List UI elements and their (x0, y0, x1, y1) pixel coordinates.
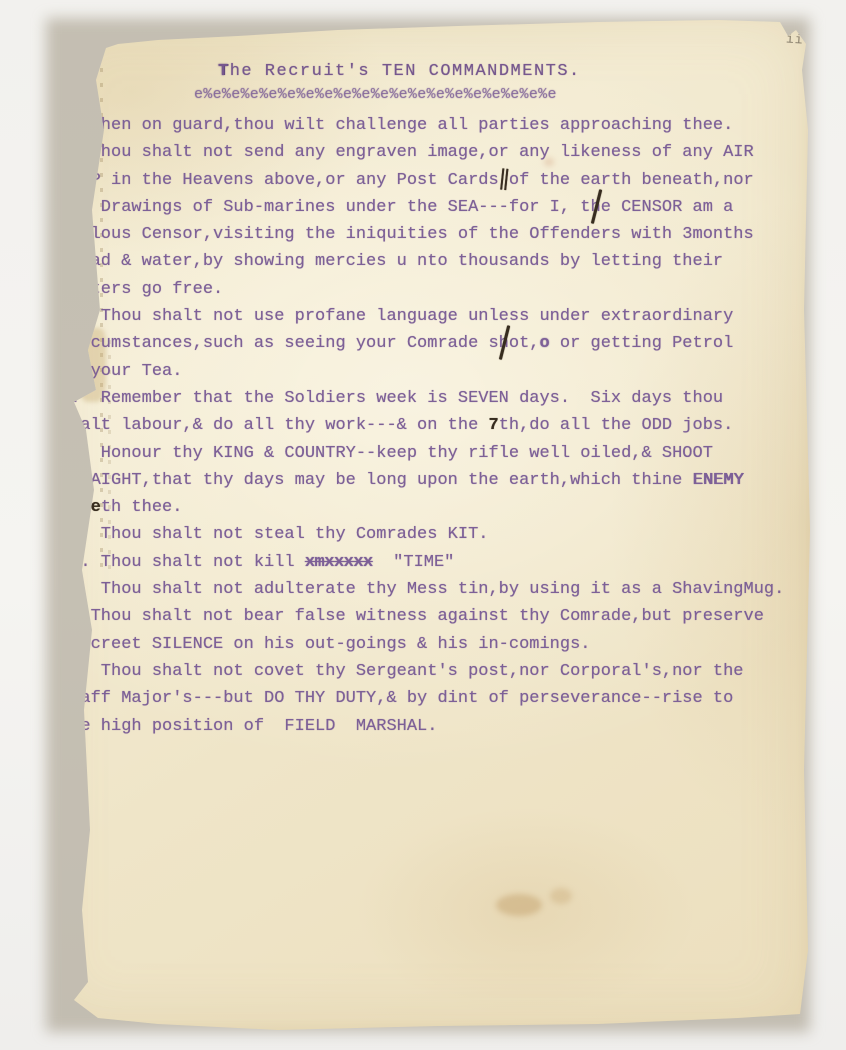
typed-line: SHIP in the Heavens above,or any Post Ca… (60, 167, 820, 194)
typed-line: bread & water,by showing mercies u nto t… (60, 248, 820, 275)
typed-segment: 3. Thou shalt not use profane language u… (60, 307, 733, 326)
paper-stain (496, 894, 542, 916)
typed-lines: 1. When on guard,thou wilt challenge all… (60, 112, 820, 740)
typed-line: 9 Thou shalt not bear false witness agai… (60, 603, 820, 630)
typed-line: 7 . Thou shalt not kill xmxxxxx "TIME" (60, 549, 820, 576)
typed-segment: SHIP in the Heavens above,or any Post Ca… (60, 171, 499, 190)
typed-segment: bread & water,by showing mercies u nto t… (60, 252, 723, 271)
typed-line: letters go free. (60, 276, 820, 303)
typed-line: any Drawings of Sub-marines under the SE… (60, 194, 820, 221)
typed-segment: discreet SILENCE on his out-goings & his… (60, 635, 591, 654)
typed-line: 4. Remember that the Soldiers week is SE… (60, 385, 820, 412)
typed-segment: 7 . Thou shalt not kill (60, 553, 305, 572)
typed-segment-pen-over: h (591, 194, 601, 221)
typed-segment: 10. Thou shalt not covet thy Sergeant's … (60, 662, 744, 681)
typed-segment: th thee. (101, 498, 183, 517)
typed-segment: 5. Honour thy KING & COUNTRY--keep thy r… (60, 444, 713, 463)
typed-line: giveth thee. (60, 494, 820, 521)
typed-line: 3. Thou shalt not use profane language u… (60, 303, 820, 330)
typed-line: 2. Thou shalt not send any engraven imag… (60, 139, 820, 166)
typed-line: Staff Major's---but DO THY DUTY,& by din… (60, 685, 820, 712)
typed-segment: the high position of FIELD MARSHAL. (60, 717, 437, 736)
typed-segment: shalt labour,& do all thy work---& on th… (60, 416, 488, 435)
document-page: ii The Recruit's TEN COMMANDMENTS. e%e%e… (38, 10, 812, 1034)
typed-segment: ot, (509, 334, 540, 353)
typed-line: 10. Thou shalt not covet thy Sergeant's … (60, 658, 820, 685)
typed-segment: or getting Petrol (550, 334, 734, 353)
typed-line: 5. Honour thy KING & COUNTRY--keep thy r… (60, 440, 820, 467)
typed-segment: Staff Major's---but DO THY DUTY,& by din… (60, 689, 733, 708)
typed-segment: 4. Remember that the Soldiers week is SE… (60, 389, 723, 408)
typed-line: discreet SILENCE on his out-goings & his… (60, 631, 820, 658)
typed-segment: e CENSOR am a (601, 198, 734, 217)
typed-segment: of the earth beneath,nor (509, 171, 754, 190)
typed-segment-smudge: o (539, 334, 549, 353)
typed-segment: 9 Thou shalt not bear false witness agai… (60, 607, 764, 626)
typed-segment-pen: 7 (488, 416, 498, 435)
typed-line: STRAIGHT,that thy days may be long upon … (60, 467, 820, 494)
typed-line: 1. When on guard,thou wilt challenge all… (60, 112, 820, 139)
typed-line: 6. Thou shalt not steal thy Comrades KIT… (60, 521, 820, 548)
page-title: The Recruit's TEN COMMANDMENTS. (218, 62, 581, 81)
typed-segment-pen-mark: ‖ (497, 163, 511, 198)
typed-segment-dbl: ENEMY (693, 471, 744, 490)
typed-segment: 6. Thou shalt not steal thy Comrades KIT… (60, 525, 488, 544)
typed-segment: STRAIGHT,that thy days may be long upon … (60, 471, 693, 490)
typed-segment: 2. Thou shalt not send any engraven imag… (60, 143, 754, 162)
typed-segment: 8. Thou shalt not adulterate thy Mess ti… (60, 580, 784, 599)
typed-line: jealous Censor,visiting the iniquities o… (60, 221, 820, 248)
typed-segment: any Drawings of Sub-marines under the SE… (60, 198, 591, 217)
paper-stain (550, 888, 572, 904)
typed-segment: th,do all the ODD jobs. (499, 416, 734, 435)
typed-line: the high position of FIELD MARSHAL. (60, 713, 820, 740)
typed-segment: circumstances,such as seeing your Comrad… (60, 334, 499, 353)
typed-line: circumstances,such as seeing your Comrad… (60, 330, 820, 357)
typed-line: shalt labour,& do all thy work---& on th… (60, 412, 820, 439)
typed-segment: "TIME" (373, 553, 455, 572)
title-underline-ornament: e%e%e%e%e%e%e%e%e%e%e%e%e%e%e%e%e%e%e%e (194, 86, 557, 103)
typed-segment: jealous Censor,visiting the iniquities o… (60, 225, 754, 244)
typed-segment: 1. When on guard,thou wilt challenge all… (60, 116, 733, 135)
typed-line: 8. Thou shalt not adulterate thy Mess ti… (60, 576, 820, 603)
typed-segment-strike: xmxxxxx (305, 553, 373, 572)
typed-line: in your Tea. (60, 358, 820, 385)
typed-segment-pen-over: h (499, 330, 509, 357)
scan-background: { "document": { "pencil_page_note": "ii"… (0, 0, 846, 1050)
